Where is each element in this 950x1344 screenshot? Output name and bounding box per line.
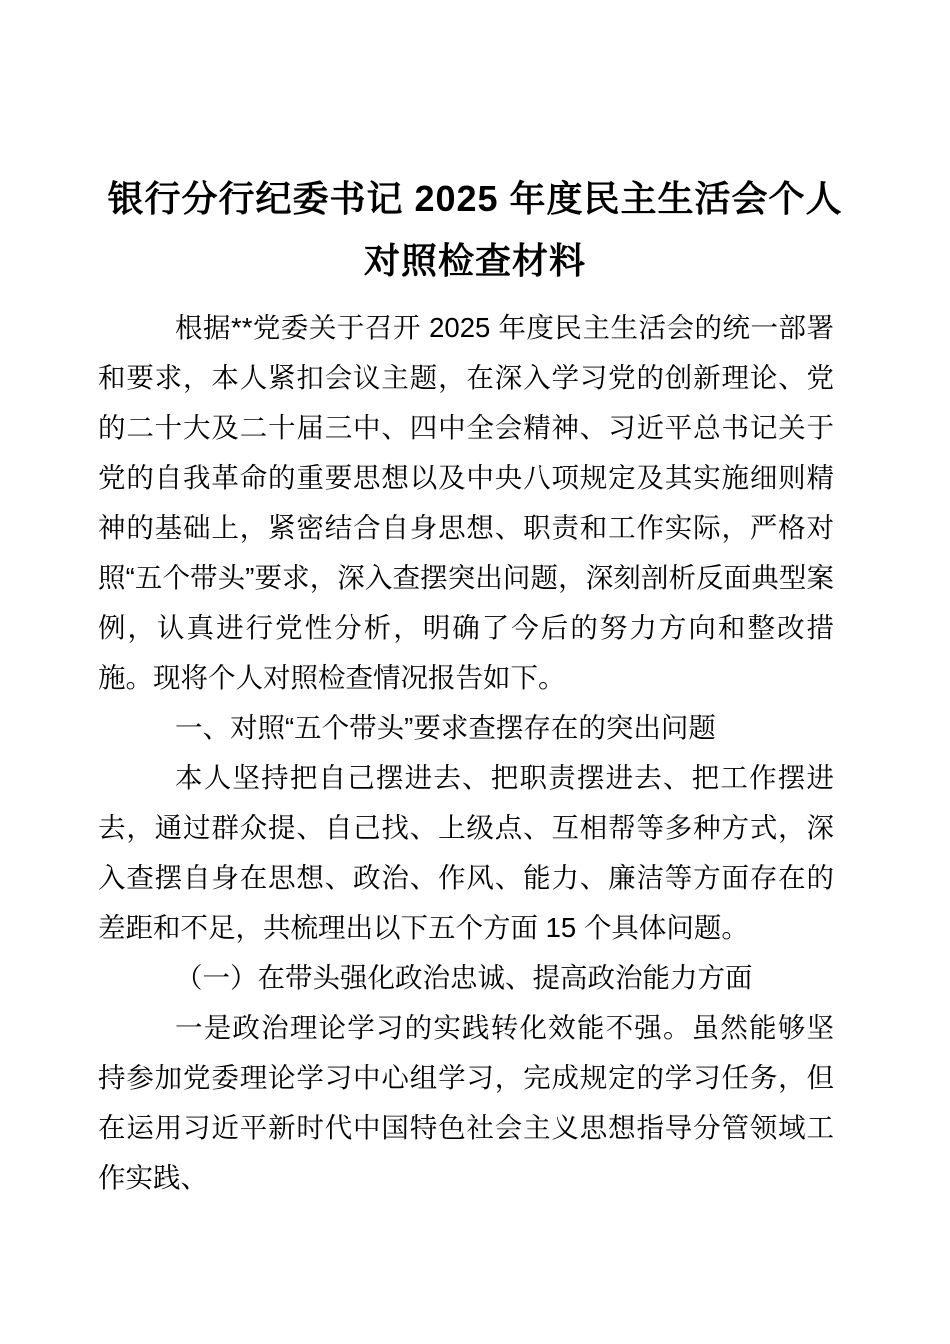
intro-paragraph: 根据**党委关于召开 2025 年度民主生活会的统一部署和要求，本人紧扣会议主题… (98, 303, 834, 703)
section-1-paragraph: 本人坚持把自己摆进去、把职责摆进去、把工作摆进去，通过群众提、自己找、上级点、互… (98, 753, 834, 953)
document-page: 银行分行纪委书记 2025 年度民主生活会个人对照检查材料 根据**党委关于召开… (0, 0, 950, 1344)
section-heading-1: 一、对照“五个带头”要求查摆存在的突出问题 (98, 703, 834, 753)
document-title: 银行分行纪委书记 2025 年度民主生活会个人对照检查材料 (0, 0, 950, 292)
subsection-1-1-paragraph: 一是政治理论学习的实践转化效能不强。虽然能够坚持参加党委理论学习中心组学习，完成… (98, 1003, 834, 1203)
document-body: 根据**党委关于召开 2025 年度民主生活会的统一部署和要求，本人紧扣会议主题… (98, 303, 834, 1203)
subsection-heading-1-1: （一）在带头强化政治忠诚、提高政治能力方面 (98, 953, 834, 1003)
